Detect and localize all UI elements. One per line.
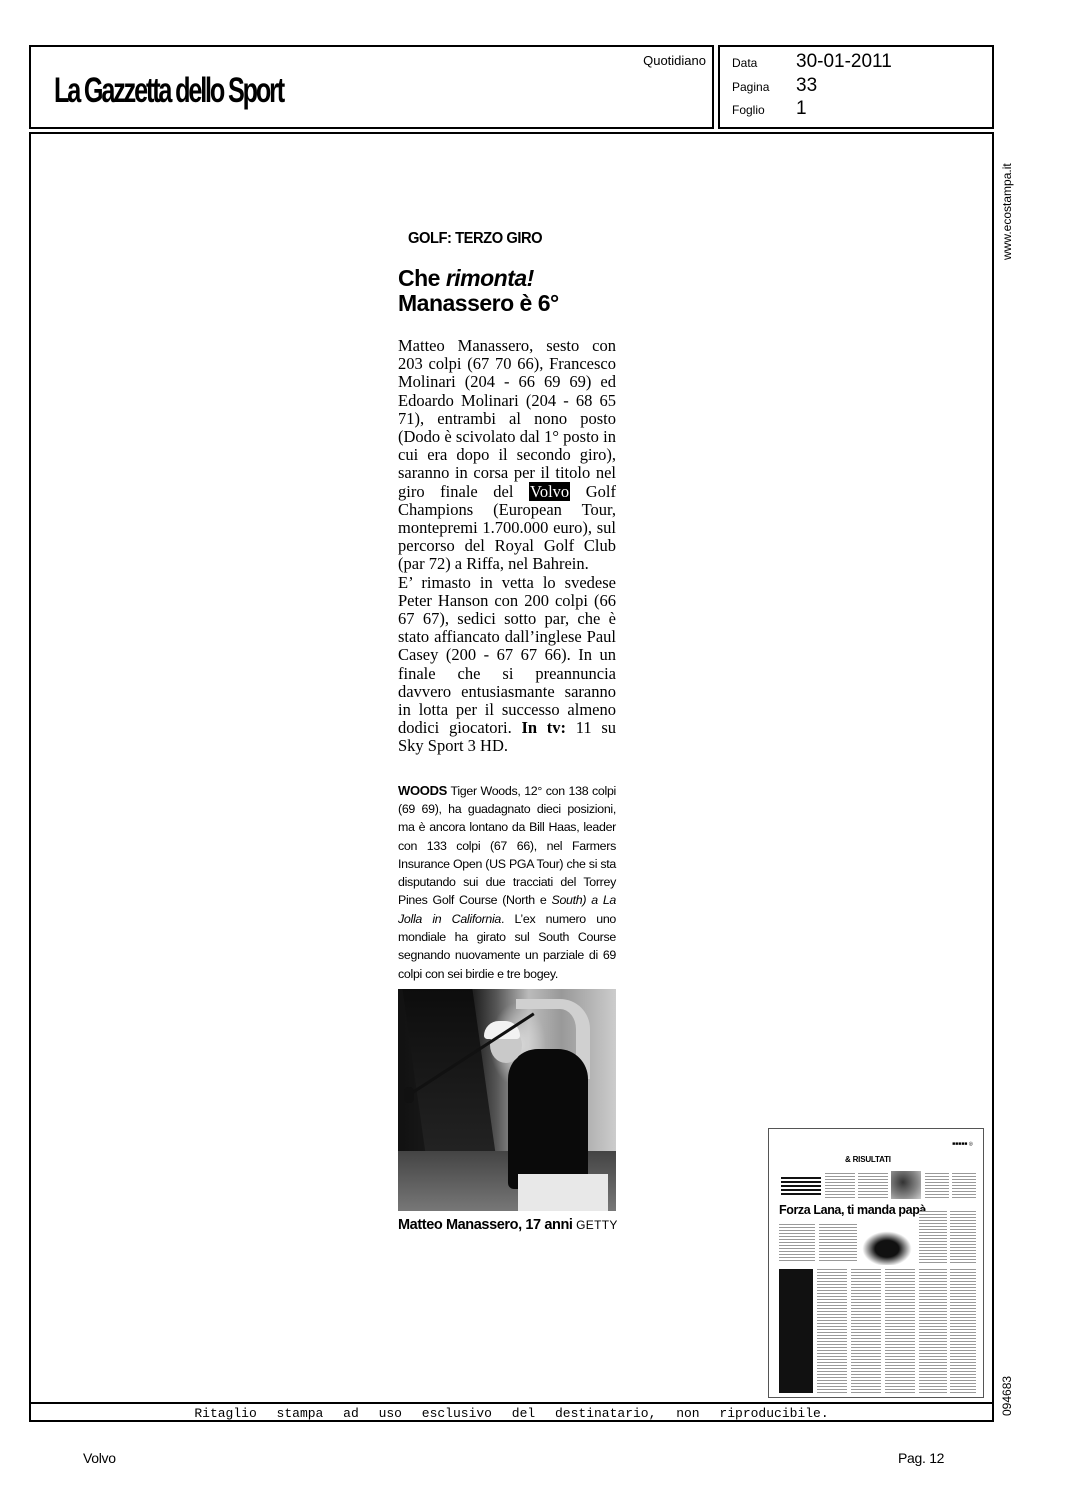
- page-thumbnail: ■■■■■ ◎ & RISULTATI Forza Lana, ti manda…: [768, 1128, 984, 1398]
- brief-label: WOODS: [398, 783, 447, 798]
- thumbnail-column: [885, 1269, 915, 1393]
- thumbnail-section: & RISULTATI: [845, 1155, 891, 1164]
- meta-value: 30-01-2011: [796, 51, 892, 73]
- newspaper-logo: La Gazzetta dello Sport: [54, 71, 283, 111]
- thumbnail-column: [925, 1173, 949, 1199]
- sidebar-brief: WOODS Tiger Woods, 12° con 138 colpi (69…: [398, 782, 616, 983]
- meta-label: Foglio: [732, 103, 796, 117]
- thumbnail-column: [950, 1211, 976, 1265]
- photo-golfer-body: [508, 1049, 588, 1189]
- thumbnail-column: [858, 1173, 888, 1199]
- article-paragraph: Matteo Manassero, sesto con 203 colpi (6…: [398, 337, 616, 574]
- golfer-photo: [398, 989, 616, 1211]
- thumbnail-block: [781, 1177, 821, 1197]
- meta-label: Pagina: [732, 80, 796, 94]
- headline-text: Che: [398, 265, 446, 291]
- thumbnail-column: [919, 1269, 947, 1393]
- thumbnail-column: [851, 1269, 881, 1393]
- thumbnail-image: [891, 1171, 921, 1199]
- thumbnail-column: [817, 1269, 847, 1393]
- watermark: www.ecostampa.it: [1000, 140, 1020, 260]
- metadata-box: Data 30-01-2011 Pagina 33 Foglio 1: [718, 45, 994, 129]
- footer-divider: [29, 1402, 994, 1404]
- caption-text: Matteo Manassero, 17 anni: [398, 1217, 573, 1233]
- thumbnail-column: [952, 1173, 976, 1199]
- highlighted-keyword: Volvo: [529, 482, 570, 501]
- meta-value: 1: [796, 98, 807, 120]
- disclaimer: Ritaglio stampa ad uso esclusivo del des…: [29, 1406, 994, 1421]
- thumbnail-column: [950, 1269, 976, 1393]
- masthead-box: La Gazzetta dello Sport Quotidiano: [29, 45, 714, 129]
- meta-sheet: Foglio 1: [732, 98, 807, 120]
- meta-page: Pagina 33: [732, 75, 817, 97]
- article-body: Matteo Manassero, sesto con 203 colpi (6…: [398, 337, 616, 756]
- tv-label: In tv:: [521, 718, 566, 737]
- thumbnail-black-column: [779, 1269, 813, 1393]
- headline-line2: Manassero è 6°: [398, 290, 559, 316]
- article-headline: Che rimonta! Manassero è 6°: [398, 266, 616, 316]
- clipping-code: 094683: [1000, 1360, 1020, 1420]
- article: GOLF: TERZO GIRO Che rimonta! Manassero …: [398, 230, 616, 1233]
- photo-golfer-pants: [518, 1174, 608, 1211]
- thumbnail-logo: ■■■■■ ◎: [952, 1141, 973, 1147]
- thumbnail-headline: Forza Lana, ti manda papà: [779, 1203, 926, 1217]
- headline-italic: rimonta!: [446, 265, 534, 291]
- photo-club-head: [404, 1087, 414, 1103]
- thumbnail-column: [825, 1173, 855, 1199]
- thumbnail-horse-image: [859, 1229, 915, 1265]
- page-number: Pag. 12: [898, 1450, 944, 1466]
- watermark-text: www.ecostampa.it: [1000, 163, 1014, 260]
- thumbnail-column: [919, 1211, 947, 1265]
- thumbnail-column: [819, 1224, 857, 1262]
- publication-type: Quotidiano: [643, 53, 706, 68]
- photo-caption: Matteo Manassero, 17 anni GETTY: [398, 1217, 616, 1233]
- meta-label: Data: [732, 56, 796, 70]
- article-kicker: GOLF: TERZO GIRO: [408, 230, 599, 248]
- paragraph-text: E’ rimasto in vetta lo svedese Peter Han…: [398, 573, 616, 738]
- meta-date: Data 30-01-2011: [732, 51, 892, 73]
- article-paragraph: E’ rimasto in vetta lo svedese Peter Han…: [398, 574, 616, 756]
- paragraph-text: Matteo Manassero, sesto con 203 colpi (6…: [398, 336, 616, 501]
- clipping-code-text: 094683: [1000, 1376, 1014, 1416]
- brief-text: Tiger Woods, 12° con 138 colpi (69 69), …: [398, 784, 616, 908]
- client-name: Volvo: [83, 1450, 116, 1466]
- thumbnail-column: [779, 1224, 815, 1262]
- photo-credit: GETTY: [576, 1218, 618, 1232]
- meta-value: 33: [796, 75, 817, 97]
